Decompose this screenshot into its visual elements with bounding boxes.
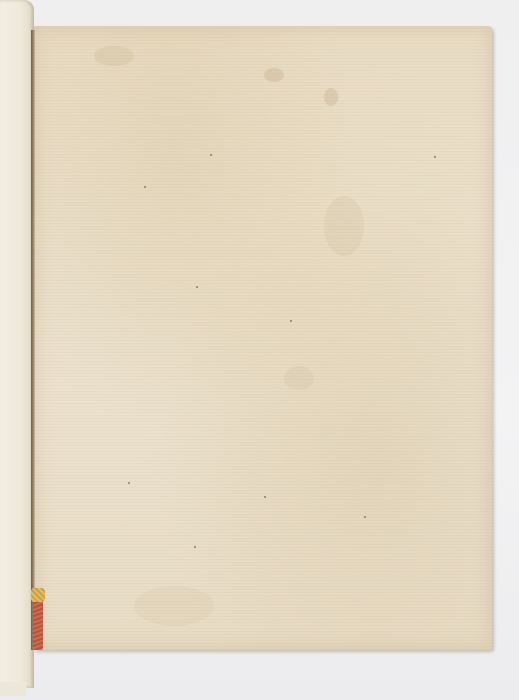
spine-gutter (31, 30, 35, 650)
speck (194, 546, 196, 548)
speck (264, 496, 266, 498)
left-page-foot (0, 682, 26, 696)
foxing-stain (324, 88, 338, 106)
foxing-stain (264, 68, 284, 82)
foxing-stain (134, 586, 214, 626)
speck (290, 320, 292, 322)
speck (434, 156, 436, 158)
blank-book-page (34, 26, 492, 650)
foxing-stain (284, 366, 314, 390)
speck (364, 516, 366, 518)
left-page-edge (0, 0, 34, 688)
foxing-stain (324, 196, 364, 256)
speck (144, 186, 146, 188)
speck (196, 286, 198, 288)
ribbon-gold-knot (31, 588, 45, 602)
bookmark-ribbon (31, 588, 44, 650)
speck (128, 482, 130, 484)
ribbon-red-thread (33, 594, 43, 650)
foxing-stain (94, 46, 134, 66)
speck (210, 154, 212, 156)
